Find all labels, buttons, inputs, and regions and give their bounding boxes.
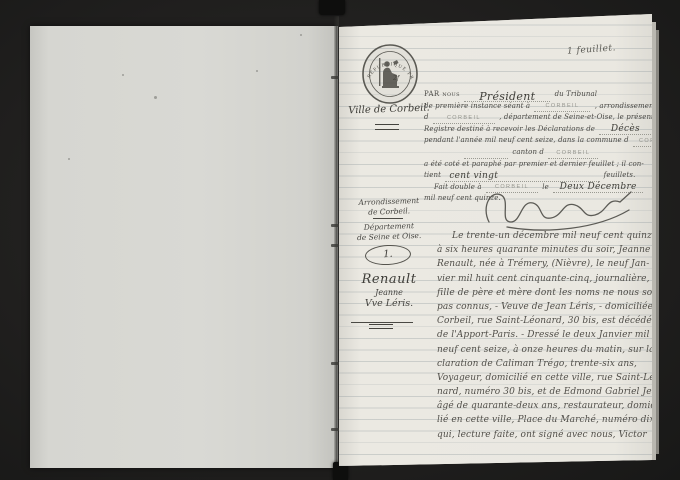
- form-line-2: de première instance séant à CORBEIL , a…: [424, 101, 652, 113]
- margin-widow-note: Vve Léris.: [341, 298, 437, 309]
- scanned-register-photo: 1 feuillet. RÉPUBLIQUE FRANÇAISE 2f Vill…: [0, 0, 680, 480]
- printed-text: Fait double à: [434, 183, 482, 191]
- left-blank-page: [30, 26, 338, 468]
- act-line: Corbeil, rue Saint-Léonard, 30 bis, est …: [437, 314, 653, 328]
- stamped-fill-corbeil: CORBEIL: [433, 113, 495, 124]
- act-line: de l'Apport-Paris. - Dressé le deux Janv…: [437, 328, 653, 342]
- printed-text: , département de Seine-et-Oise, le prése…: [499, 113, 654, 121]
- dust-speck: [300, 34, 302, 36]
- act-number-badge: 1.: [365, 244, 412, 266]
- margin-rule: [373, 218, 403, 219]
- dust-speck: [68, 158, 70, 160]
- printed-text: du Tribunal: [555, 90, 597, 98]
- form-line-6: canton d CORBEIL: [424, 147, 652, 159]
- printed-text: de première instance séant à: [424, 102, 530, 110]
- act-line: à six heures quarante minutes du soir, J…: [437, 243, 653, 257]
- dust-speck: [122, 74, 124, 76]
- act-line: qui, lecture faite, ont signé avec nous,…: [437, 428, 653, 442]
- margin-deceased-surname: Renault: [341, 272, 437, 287]
- margin-departement: Département de Seine et Oise.: [341, 220, 438, 243]
- flourish-rule: [375, 124, 399, 130]
- act-line: neuf cent seize, à onze heures du matin,…: [437, 343, 653, 357]
- judge-signature-flourish: [479, 182, 637, 234]
- act-line: vier mil huit cent cinquante-cinq, journ…: [437, 272, 653, 286]
- form-line-3: d CORBEIL , département de Seine-et-Oise…: [424, 112, 652, 124]
- act-line: claration de Caliman Trégo, trente-six a…: [437, 357, 653, 371]
- blank-fill-line: [464, 148, 508, 159]
- binding-clip-top: [319, 0, 345, 15]
- form-line-8: tient cent vingt feuillets.: [424, 170, 652, 182]
- form-line-4: Registre destiné à recevoir les Déclarat…: [424, 124, 652, 136]
- folio-count-note: 1 feuillet.: [567, 43, 617, 56]
- book-gutter: [334, 16, 339, 468]
- form-line-5: pendant l'année mil neuf cent seize, dan…: [424, 135, 652, 147]
- act-line: nard, numéro 30 bis, et de Edmond Gabrie…: [437, 385, 653, 399]
- printed-text: pendant l'année mil neuf cent seize, dan…: [424, 136, 629, 144]
- printed-text: tient: [424, 171, 441, 179]
- printed-text: Registre destiné à recevoir les Déclarat…: [424, 125, 595, 133]
- act-line: fille de père et mère dont les noms ne n…: [437, 286, 653, 300]
- act-line: Le trente-un décembre mil neuf cent quin…: [437, 229, 653, 243]
- death-act-text: Le trente-un décembre mil neuf cent quin…: [437, 229, 653, 442]
- commune-heading: Ville de Corbeil.: [343, 102, 435, 116]
- act-line: âgé de quarante-deux ans, restaurateur, …: [437, 399, 653, 413]
- act-line: lié en cette ville, Place du Marché, num…: [437, 413, 653, 427]
- republique-francaise-seal: RÉPUBLIQUE FRANÇAISE 2f: [360, 42, 420, 106]
- printed-text: , arrondissement: [595, 102, 657, 110]
- printed-text: a été coté et paraphé par premier et der…: [424, 160, 644, 168]
- margin-deceased-firstname: Jeanne: [341, 288, 437, 297]
- handwritten-fill-folios: cent vingt: [445, 171, 599, 182]
- page-edge-strip: [656, 30, 659, 454]
- stamped-fill-corbeil: CORBEIL: [548, 148, 598, 159]
- margin-text: de Corbeil.: [341, 205, 437, 218]
- printed-text: feuillets.: [604, 171, 636, 179]
- act-line: Renault, née à Trémery, (Nièvre), le neu…: [437, 257, 653, 271]
- stamped-fill-corbeil: CORBEIL: [534, 101, 590, 112]
- handwritten-fill-deces: Décès: [599, 124, 651, 135]
- printed-text: d: [424, 113, 429, 121]
- dust-speck: [256, 70, 258, 72]
- printed-text: canton d: [512, 148, 544, 156]
- register-title-page: 1 feuillet. RÉPUBLIQUE FRANÇAISE 2f Vill…: [339, 14, 652, 466]
- margin-text: de Seine et Oise.: [341, 230, 437, 243]
- margin-closing-rule: [351, 322, 413, 328]
- act-line: Voyageur, domicilié en cette ville, rue …: [437, 371, 653, 385]
- margin-arrondissement: Arrondissement de Corbeil.: [341, 195, 438, 218]
- form-line-7: a été coté et paraphé par premier et der…: [424, 159, 652, 171]
- dust-speck: [154, 96, 157, 99]
- handwritten-fill-president: Président: [464, 91, 550, 102]
- form-line-1: PAR nous Président du Tribunal: [424, 89, 652, 101]
- act-line: pas connus, - Veuve de Jean Léris, - dom…: [437, 300, 653, 314]
- printed-text: PAR nous: [424, 90, 460, 98]
